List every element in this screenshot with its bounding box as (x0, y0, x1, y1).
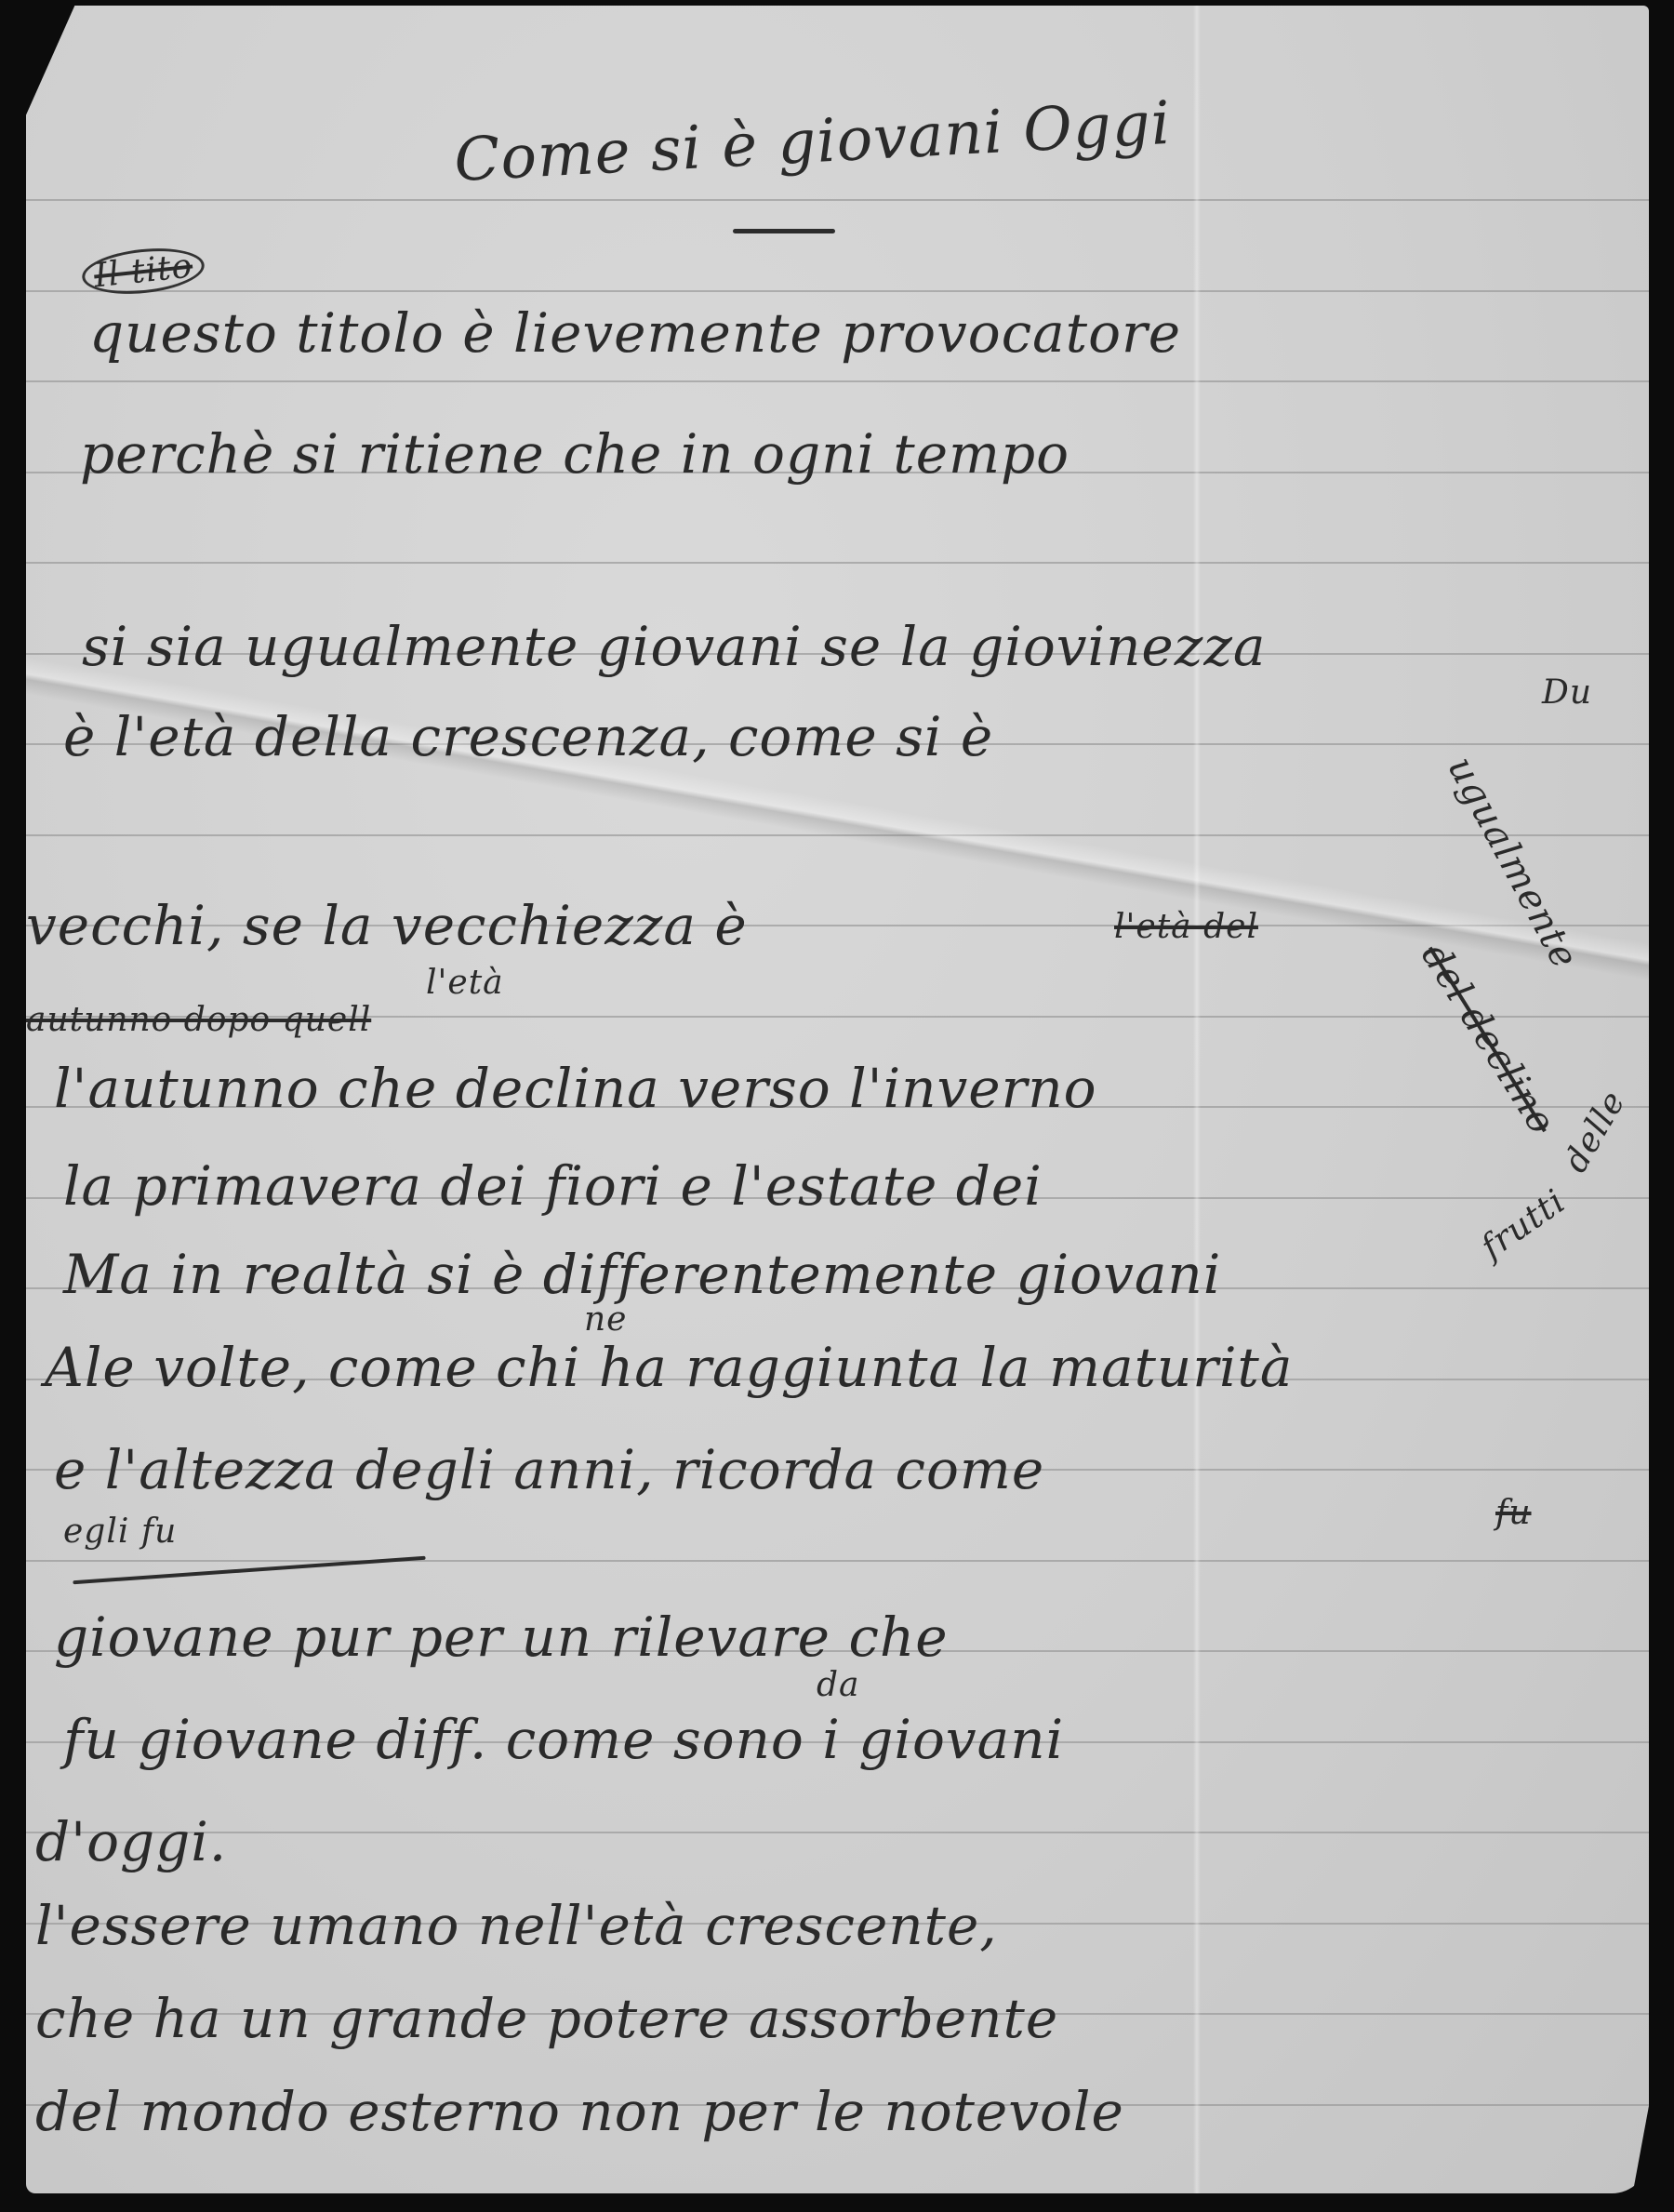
insertion-du: Du (1542, 673, 1592, 712)
text-line-7: la primavera dei fiori e l'estate dei (63, 1154, 1043, 1218)
text-line-1: questo titolo è lievemente provocatore (89, 301, 1181, 365)
ruled-line (26, 199, 1649, 201)
title-dash (733, 229, 835, 233)
ruled-line (26, 1560, 1649, 1562)
text-line-15: che ha un grande potere assorbente (35, 1987, 1058, 2050)
text-line-11: giovane pur per un rilevare che (54, 1606, 949, 1669)
text-line-12: fu giovane diff. come sono i giovani (63, 1708, 1064, 1771)
struck-fu: fu (1495, 1494, 1532, 1532)
text-line-13: d'oggi. (35, 1810, 227, 1873)
text-line-3: si sia ugualmente giovani se la giovinez… (82, 615, 1266, 678)
text-line-5: vecchi, se la vecchiezza è (26, 894, 748, 957)
ruled-line (26, 1832, 1649, 1833)
text-line-16: del mondo esterno non per le notevole (35, 2080, 1124, 2143)
ruled-line (26, 562, 1649, 564)
insertion-l-eta: l'età (426, 964, 504, 1002)
paper-vertical-crease (1193, 6, 1201, 2193)
insertion-da: da (817, 1666, 860, 1704)
ruled-line (26, 380, 1649, 382)
text-line-14: l'essere umano nell'età crescente, (35, 1894, 998, 1957)
ruled-line (26, 290, 1649, 292)
insertion-ne: ne (584, 1300, 628, 1339)
struck-l-eta-del: l'età del (1114, 908, 1258, 946)
text-line-6: l'autunno che declina verso l'inverno (54, 1057, 1097, 1120)
text-line-9: Ale volte, come chi ha raggiunta la matu… (45, 1336, 1293, 1399)
struck-autunno-line: autunno dopo quell (26, 1001, 371, 1039)
text-line-8: Ma in realtà si è differentemente giovan… (63, 1243, 1221, 1306)
text-line-2: perchè si ritiene che in ogni tempo (80, 422, 1069, 486)
manuscript-page: Come si è giovani Oggi Il tito questo ti… (26, 6, 1649, 2193)
insertion-egli-fu: egli fu (63, 1512, 177, 1551)
text-line-10: e l'altezza degli anni, ricorda come (54, 1438, 1044, 1501)
text-line-4: è l'età della crescenza, come si è (63, 705, 993, 768)
